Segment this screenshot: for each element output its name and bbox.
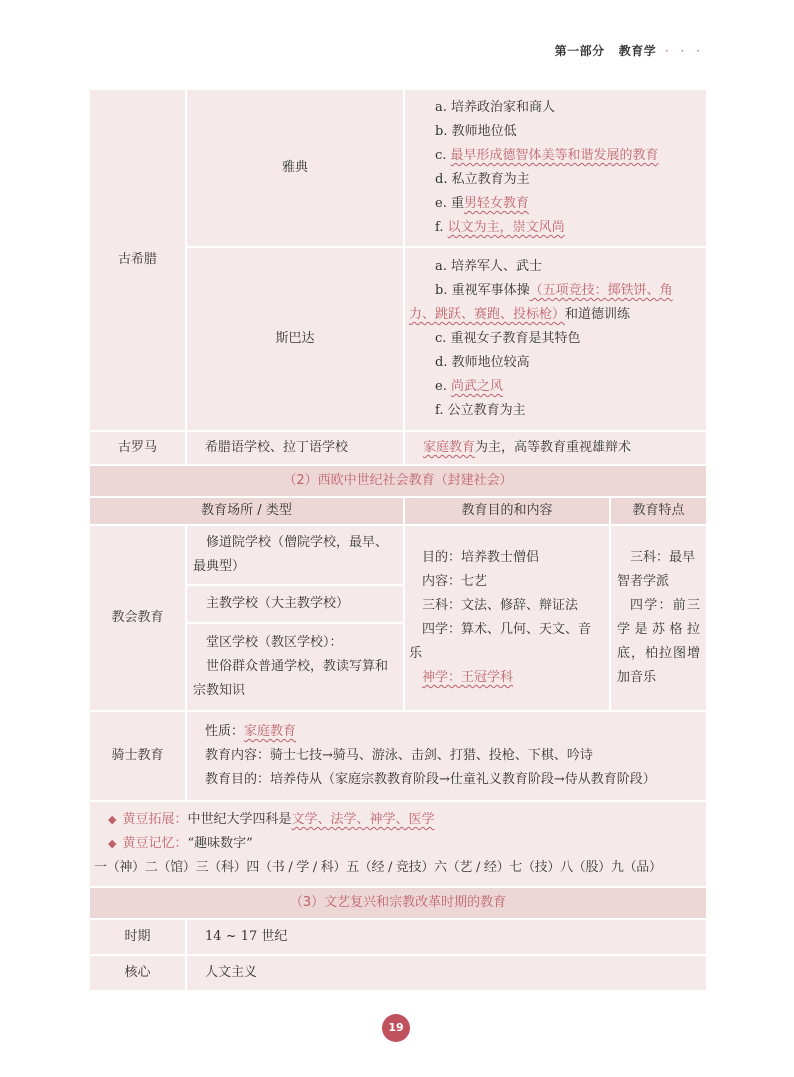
header-part: 第一部分	[555, 44, 605, 58]
column-header-row: 教育场所 / 类型 教育目的和内容 教育特点	[89, 497, 707, 525]
athens-features: a. 培养政治家和商人 b. 教师地位低 c. 最早形成德智体美等和谐发展的教育…	[404, 89, 707, 247]
content-table-wrapper: 古希腊 雅典 a. 培养政治家和商人 b. 教师地位低 c. 最早形成德智体美等…	[88, 88, 706, 992]
church-features: 三科：最早智者学派 四学：前三学是苏格拉底，柏拉图增加音乐	[610, 525, 707, 711]
church-school-bishop: 主教学校（大主教学校）	[186, 585, 404, 623]
education-history-table: 古希腊 雅典 a. 培养政治家和商人 b. 教师地位低 c. 最早形成德智体美等…	[88, 88, 708, 992]
highlight-text: 文学、法学、神学、医学	[292, 812, 435, 827]
table-row-rome: 古罗马 希腊语学校、拉丁语学校 家庭教育为主，高等教育重视雄辩术	[89, 431, 707, 465]
rome-feature: 家庭教育为主，高等教育重视雄辩术	[404, 431, 707, 465]
column-header-content: 教育目的和内容	[404, 497, 610, 525]
notes-row: ◆黄豆拓展：中世纪大学四科是文学、法学、神学、医学 ◆黄豆记忆：“趣味数字” 一…	[89, 801, 707, 887]
table-row-core: 核心 人文主义	[89, 955, 707, 991]
running-header: 第一部分 教育学 · · ·	[555, 42, 704, 59]
column-header-place: 教育场所 / 类型	[89, 497, 404, 525]
rome-schools: 希腊语学校、拉丁语学校	[186, 431, 404, 465]
church-school-parish: 堂区学校（教区学校）： 世俗群众普通学校，教读写算和宗教知识	[186, 623, 404, 711]
diamond-bullet-icon: ◆	[108, 813, 116, 826]
highlight-text: 家庭教育	[423, 440, 475, 455]
section-2-title: （2）西欧中世纪社会教育（封建社会）	[89, 465, 707, 497]
athens-label: 雅典	[186, 89, 404, 247]
period-label: 时期	[89, 919, 186, 955]
column-header-features: 教育特点	[610, 497, 707, 525]
section-3-header-row: （3）文艺复兴和宗教改革时期的教育	[89, 887, 707, 919]
highlight-text: 家庭教育	[244, 724, 296, 739]
highlight-text: 以文为主，崇文风尚	[448, 220, 565, 235]
church-label: 教会教育	[89, 525, 186, 711]
sparta-label: 斯巴达	[186, 247, 404, 431]
core-value: 人文主义	[186, 955, 707, 991]
knight-label: 骑士教育	[89, 711, 186, 801]
rome-label: 古罗马	[89, 431, 186, 465]
highlight-text: 最早形成德智体美等和谐发展的教育	[451, 148, 659, 163]
page-number-badge: 19	[382, 1014, 410, 1042]
table-row-athens: 古希腊 雅典 a. 培养政治家和商人 b. 教师地位低 c. 最早形成德智体美等…	[89, 89, 707, 247]
header-subject: 教育学	[619, 44, 657, 58]
header-dots: · · ·	[665, 44, 704, 58]
table-row-church-1: 教会教育 修道院学校（僧院学校，最早、最典型） 目的：培养教士僧侣 内容：七艺 …	[89, 525, 707, 585]
period-value: 14 ~ 17 世纪	[186, 919, 707, 955]
highlight-text: 神学：王冠学科	[422, 670, 513, 685]
sparta-features: a. 培养军人、武士 b. 重视军事体操（五项竞技：掷铁饼、角力、跳跃、赛跑、投…	[404, 247, 707, 431]
church-school-monastery: 修道院学校（僧院学校，最早、最典型）	[186, 525, 404, 585]
church-content: 目的：培养教士僧侣 内容：七艺 三科：文法、修辞、辩证法 四学：算术、几何、天文…	[404, 525, 610, 711]
diamond-bullet-icon: ◆	[108, 837, 116, 850]
section-2-header-row: （2）西欧中世纪社会教育（封建社会）	[89, 465, 707, 497]
table-row-knight: 骑士教育 性质：家庭教育 教育内容：骑士七技→骑马、游泳、击剑、打猎、投枪、下棋…	[89, 711, 707, 801]
knight-details: 性质：家庭教育 教育内容：骑士七技→骑马、游泳、击剑、打猎、投枪、下棋、吟诗 教…	[186, 711, 707, 801]
table-row-period: 时期 14 ~ 17 世纪	[89, 919, 707, 955]
greece-label: 古希腊	[89, 89, 186, 431]
section-3-title: （3）文艺复兴和宗教改革时期的教育	[89, 887, 707, 919]
highlight-text: 男轻女教育	[464, 196, 529, 211]
highlight-text: 尚武之风	[451, 379, 503, 394]
core-label: 核心	[89, 955, 186, 991]
notes-cell: ◆黄豆拓展：中世纪大学四科是文学、法学、神学、医学 ◆黄豆记忆：“趣味数字” 一…	[89, 801, 707, 887]
